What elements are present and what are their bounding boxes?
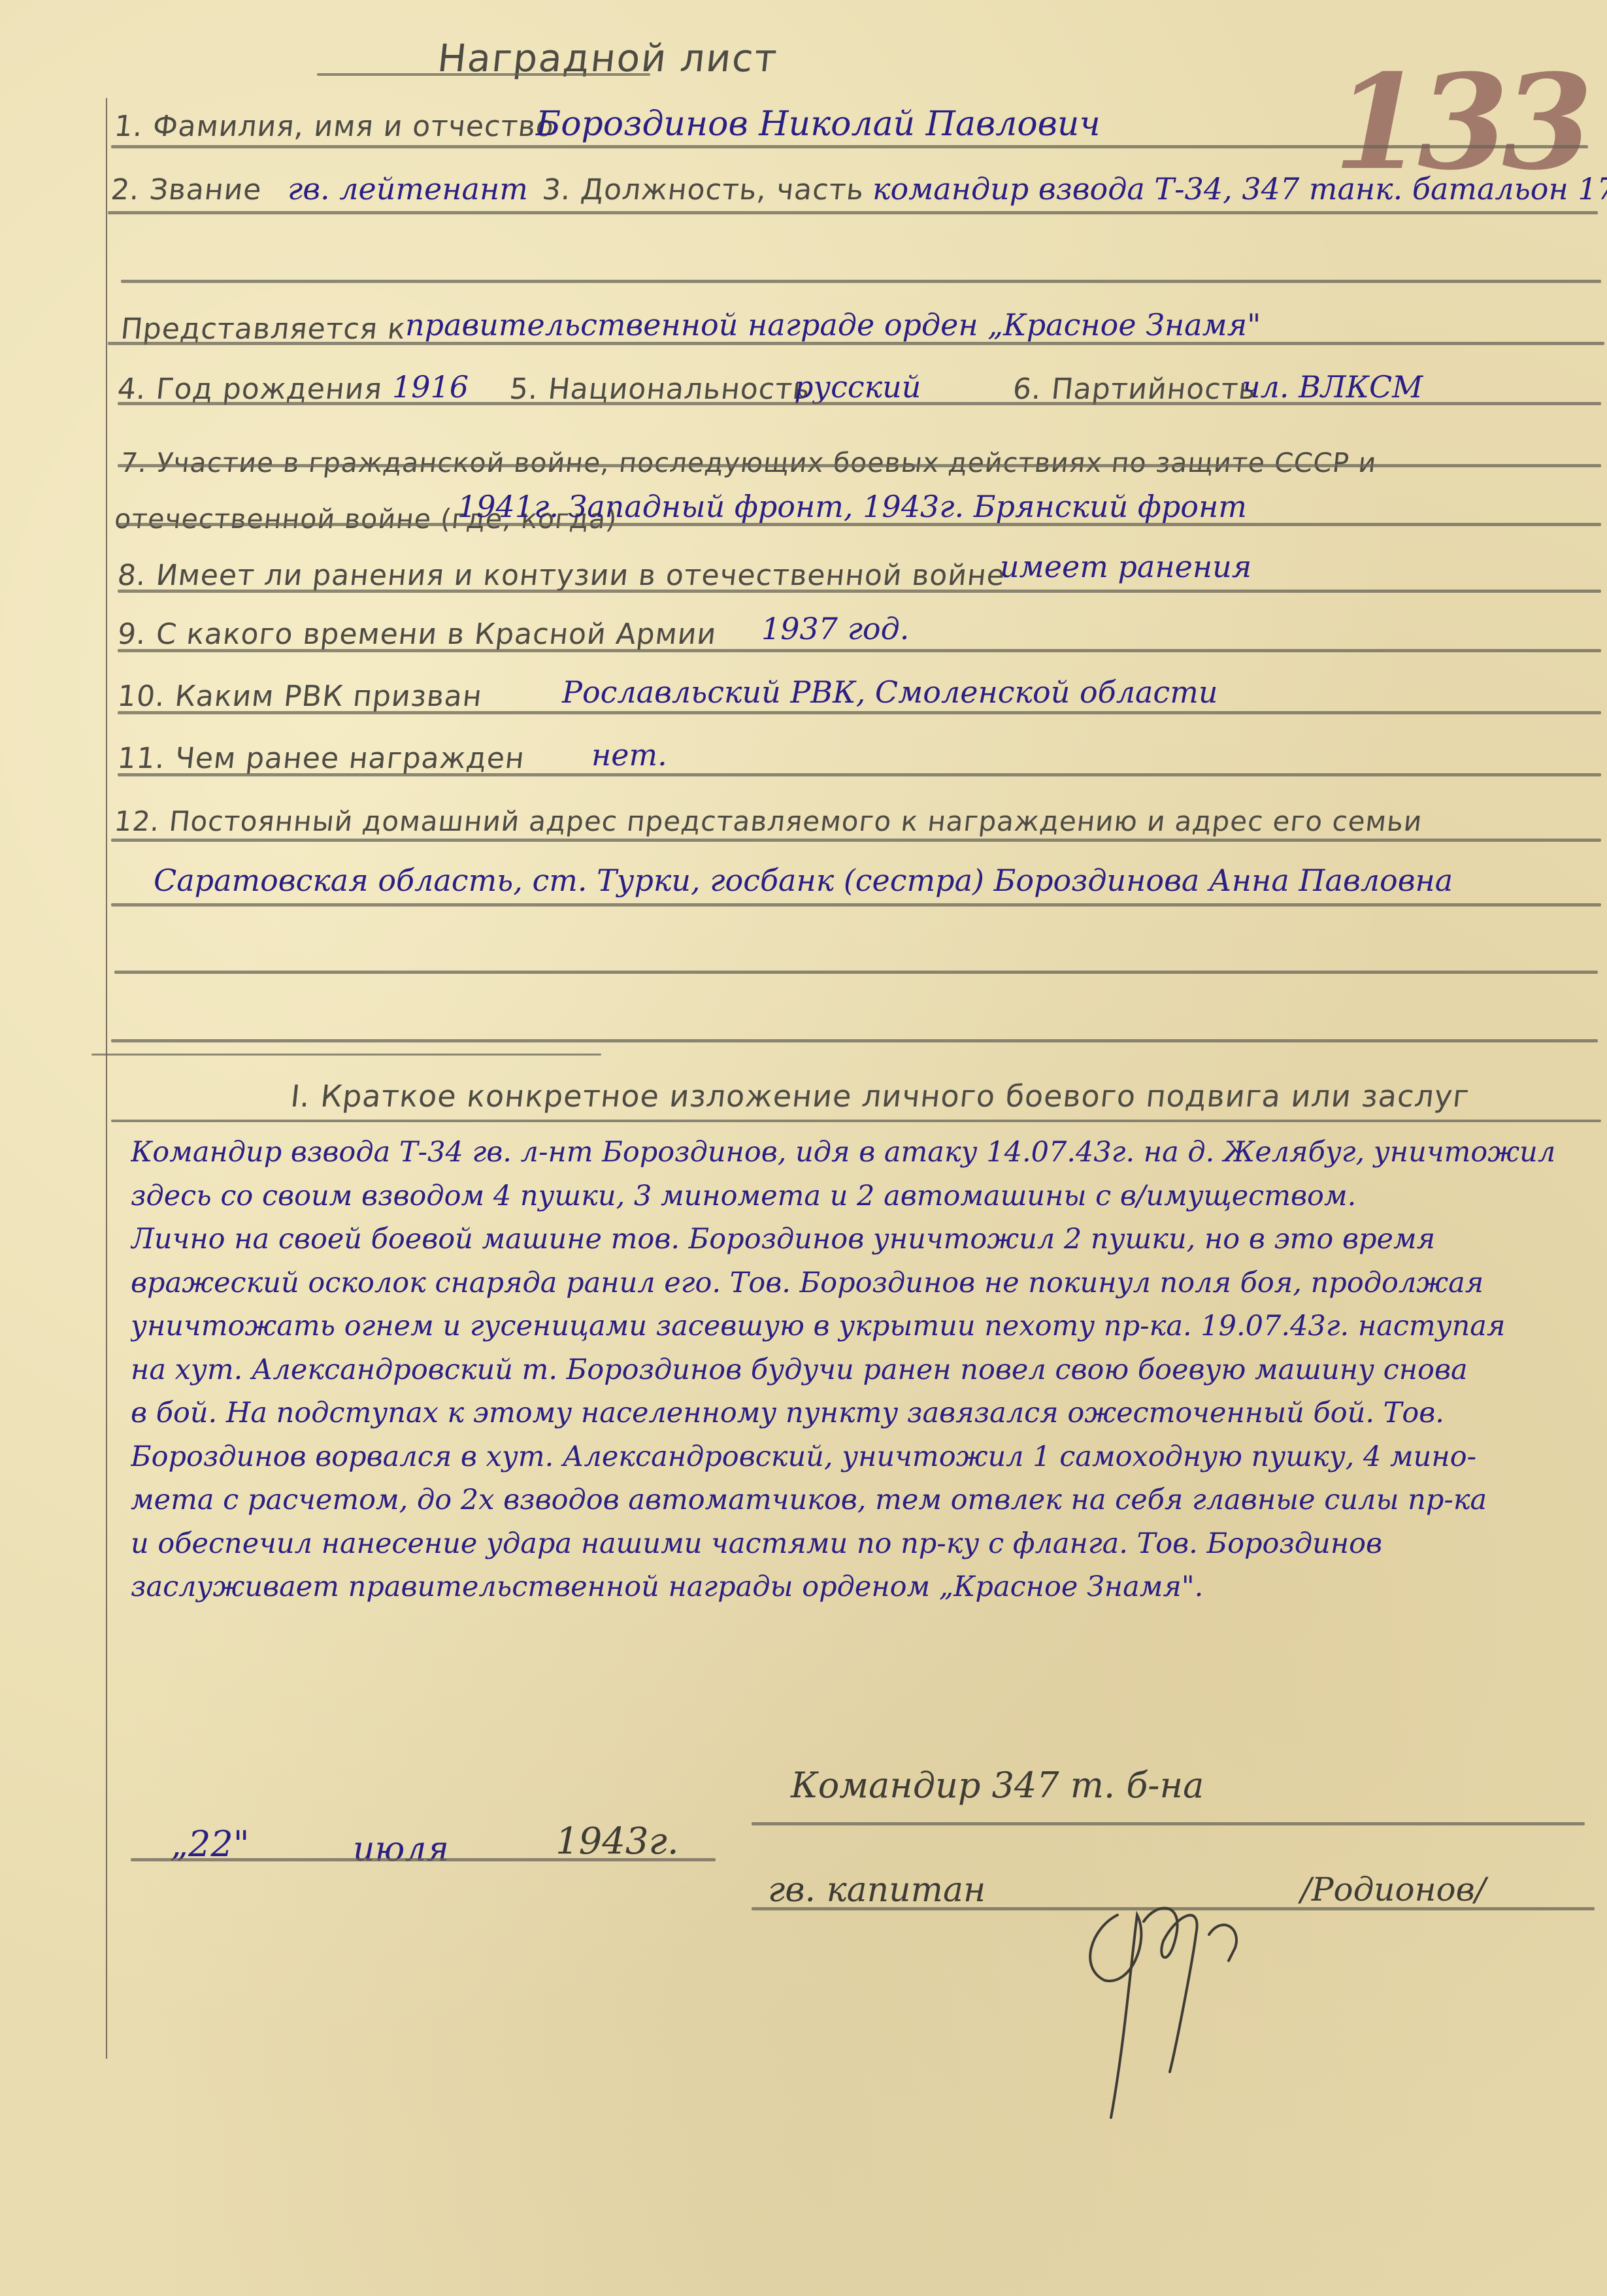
merit-narrative: Командир взвода Т-34 гв. л-нт Бороздинов… bbox=[131, 1131, 1601, 1609]
field-label-party: 6. Партийность bbox=[1011, 373, 1258, 406]
title-underline bbox=[317, 73, 650, 76]
field-label-wounds: 8. Имеет ли ранения и контузии в отечест… bbox=[116, 559, 1006, 592]
rule bbox=[108, 342, 1604, 345]
field-value-name: Бороздинов Николай Павлович bbox=[536, 105, 1101, 144]
field-label-name: 1. Фамилия, имя и отчество bbox=[112, 110, 555, 143]
signatory-name: /Родионов/ bbox=[1301, 1871, 1486, 1908]
rule bbox=[114, 971, 1598, 974]
field-label-nationality: 5. Национальность bbox=[508, 373, 812, 406]
signature-icon bbox=[1078, 1876, 1248, 2124]
field-value-nationality: русский bbox=[794, 369, 921, 405]
field-value-wounds: имеет ранения bbox=[1000, 549, 1251, 584]
narrative-line: на хут. Александровский т. Бороздинов бу… bbox=[131, 1348, 1601, 1392]
award-sheet: Наградной лист 133 1. Фамилия, имя и отч… bbox=[0, 0, 1607, 2296]
narrative-line: Командир взвода Т-34 гв. л-нт Бороздинов… bbox=[131, 1131, 1601, 1174]
rule bbox=[111, 903, 1601, 907]
field-value-position: командир взвода Т-34, 347 танк. батальон… bbox=[872, 171, 1607, 207]
narrative-line: вражеский осколок снаряда ранил его. Тов… bbox=[131, 1261, 1601, 1305]
rule bbox=[111, 1120, 1601, 1122]
rule bbox=[108, 211, 1598, 214]
field-value-service-since: 1937 год. bbox=[761, 611, 909, 646]
signatory-position: Командир 347 т. б-на bbox=[791, 1765, 1204, 1806]
rule bbox=[111, 145, 1588, 148]
rule bbox=[91, 1054, 601, 1056]
narrative-line: мета с расчетом, до 2х взводов автоматчи… bbox=[131, 1478, 1601, 1522]
field-value-war-participation: 1941г. Западный фронт, 1943г. Брянский ф… bbox=[457, 489, 1247, 524]
rule bbox=[121, 280, 1601, 283]
rule bbox=[131, 1858, 716, 1861]
field-value-party: чл. ВЛКСМ bbox=[1242, 369, 1423, 405]
field-value-rank: гв. лейтенант bbox=[288, 171, 528, 207]
narrative-line: в бой. На подступах к этому населенному … bbox=[131, 1391, 1601, 1435]
narrative-line: Лично на своей боевой машине тов. Борозд… bbox=[131, 1218, 1601, 1261]
rule bbox=[118, 649, 1601, 652]
section-heading: I. Краткое конкретное изложение личного … bbox=[289, 1078, 1471, 1114]
field-value-nomination: правительственной награде орден „Красное… bbox=[405, 307, 1261, 342]
field-value-address: Саратовская область, ст. Турки, госбанк … bbox=[154, 863, 1453, 898]
date-month: июля bbox=[353, 1830, 449, 1869]
narrative-line: и обеспечил нанесение удара нашими частя… bbox=[131, 1522, 1601, 1566]
field-label-enlistment: 10. Каким РВК призван bbox=[116, 680, 484, 713]
rule bbox=[118, 523, 1601, 526]
narrative-line: Бороздинов ворвался в хут. Александровск… bbox=[131, 1435, 1601, 1479]
rule bbox=[118, 590, 1601, 593]
margin-line bbox=[106, 98, 107, 2059]
rule bbox=[118, 402, 1601, 405]
rule bbox=[752, 1822, 1585, 1825]
field-value-prior-awards: нет. bbox=[591, 737, 667, 773]
field-value-enlistment: Рославльский РВК, Смоленской области bbox=[562, 674, 1218, 710]
rule bbox=[118, 464, 1601, 467]
rule bbox=[118, 711, 1601, 714]
field-label-birth-year: 4. Год рождения bbox=[116, 373, 384, 406]
field-label-address: 12. Постоянный домашний адрес представля… bbox=[112, 805, 1424, 837]
rule bbox=[111, 1039, 1598, 1042]
narrative-line: заслуживает правительственной награды ор… bbox=[131, 1565, 1601, 1609]
field-label-nomination: Представляется к bbox=[119, 312, 407, 346]
narrative-line: уничтожать огнем и гусеницами засевшую в… bbox=[131, 1305, 1601, 1348]
field-label-prior-awards: 11. Чем ранее награжден bbox=[116, 742, 526, 775]
signatory-rank: гв. капитан bbox=[768, 1871, 986, 1910]
field-label-rank: 2. Звание bbox=[109, 173, 263, 207]
field-value-birth-year: 1916 bbox=[392, 369, 469, 405]
rule bbox=[111, 839, 1601, 842]
narrative-line: здесь со своим взводом 4 пушки, 3 миноме… bbox=[131, 1174, 1601, 1218]
date-year: 1943г. bbox=[555, 1820, 679, 1863]
field-label-service-since: 9. С какого времени в Красной Армии bbox=[116, 618, 718, 651]
rule bbox=[118, 773, 1601, 776]
field-label-position: 3. Должность, часть bbox=[540, 173, 866, 207]
